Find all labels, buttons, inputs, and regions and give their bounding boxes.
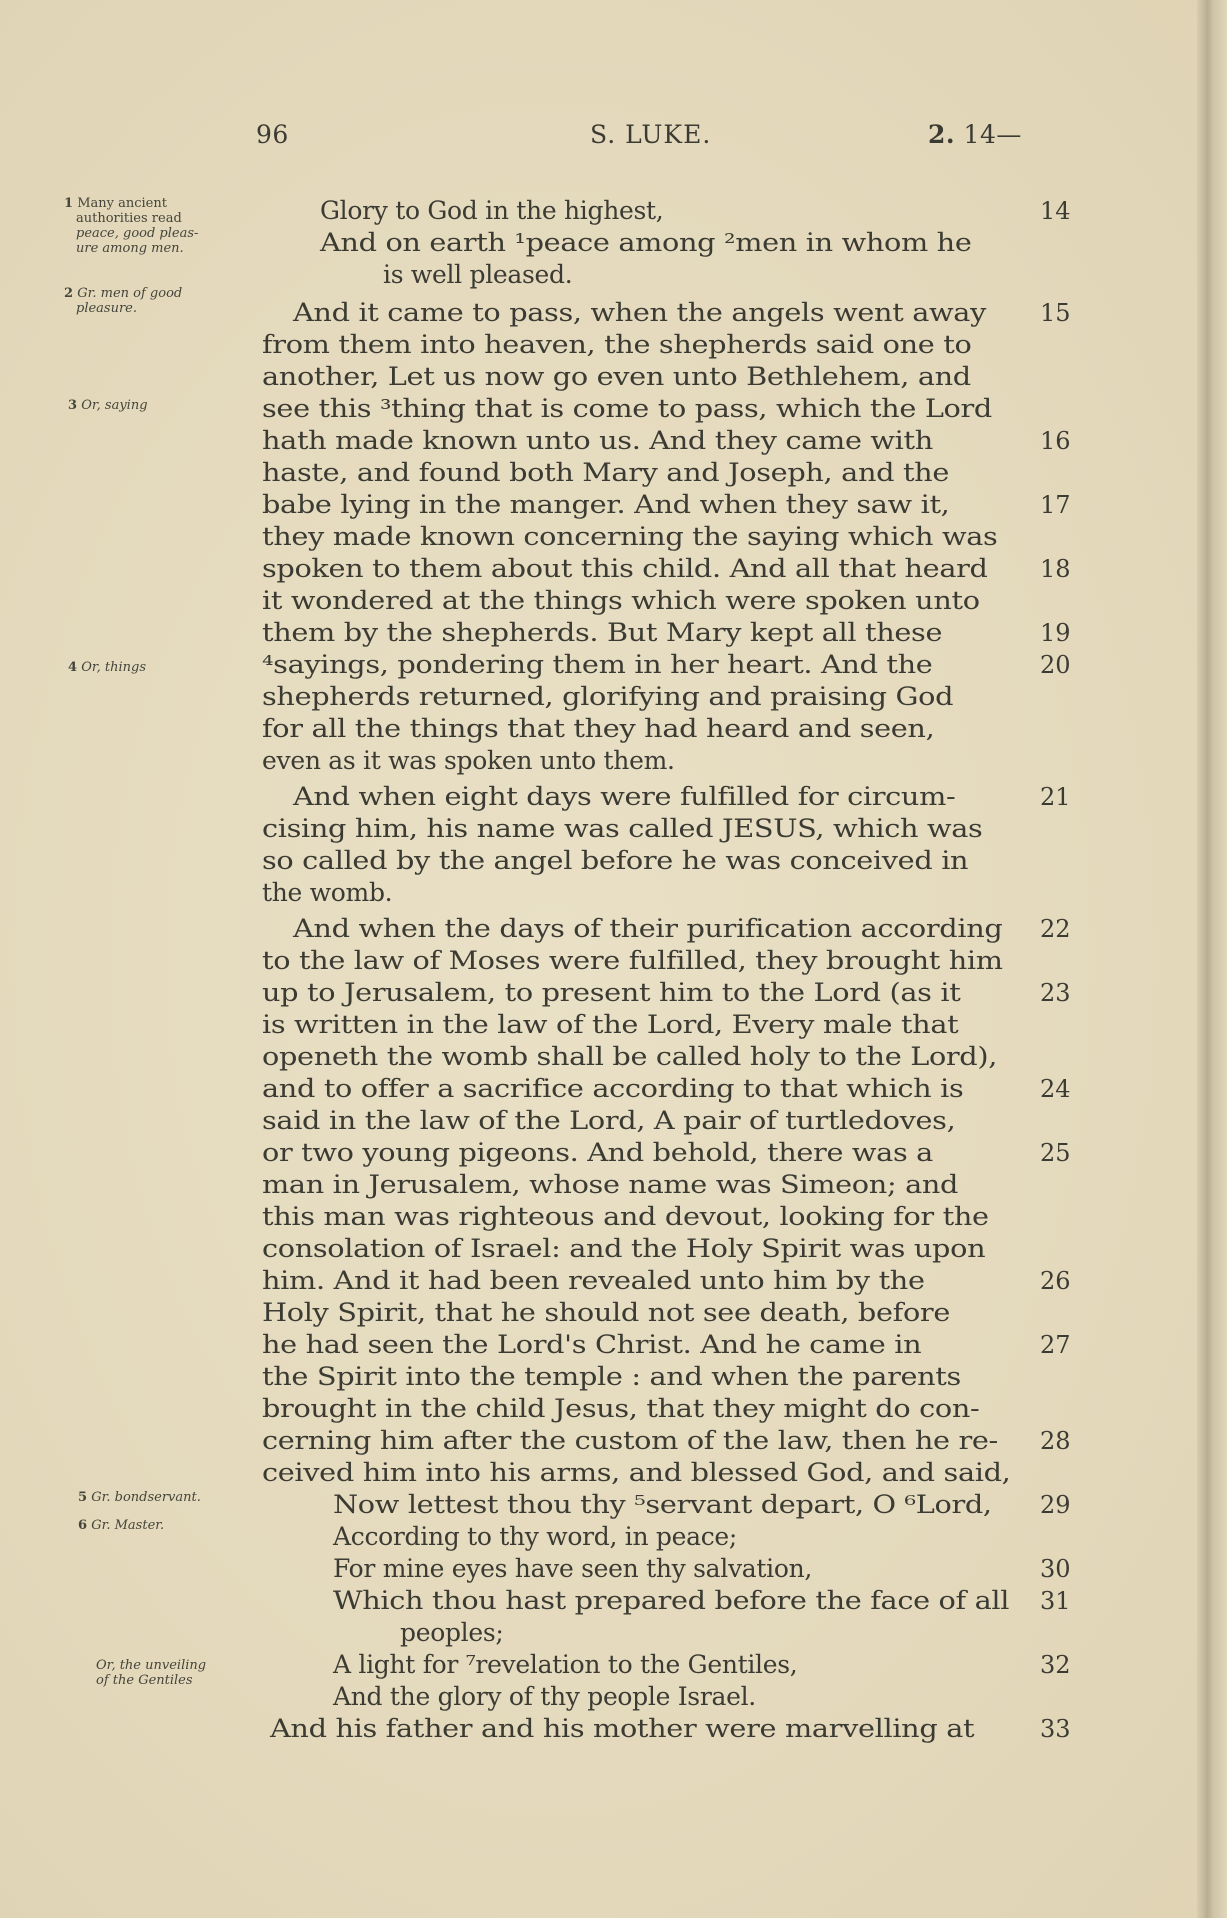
margin-note-3: 3 Or, saying	[68, 398, 148, 413]
note-marker: 3	[68, 398, 77, 413]
text-line: or two young pigeons. And behold, there …	[262, 1138, 933, 1168]
verse-number: 32	[1040, 1650, 1071, 1680]
text-line: And his father and his mother were marve…	[270, 1714, 974, 1744]
text-line: brought in the child Jesus, that they mi…	[262, 1394, 979, 1424]
verse-number: 31	[1040, 1586, 1071, 1616]
text-line: is written in the law of the Lord, Every…	[262, 1010, 958, 1040]
text-line: ceived him into his arms, and blessed Go…	[262, 1458, 1010, 1488]
text-line: Holy Spirit, that he should not see deat…	[262, 1298, 950, 1328]
verse-number: 19	[1040, 618, 1071, 648]
margin-note-1: 1 Many ancient authorities read peace, g…	[64, 196, 198, 256]
text-line: Now lettest thou thy ⁵servant depart, O …	[333, 1490, 992, 1520]
note-marker: 4	[68, 660, 77, 675]
note-text: Or, the unveiling	[96, 1658, 206, 1673]
text-line: ⁴sayings, pondering them in her heart. A…	[262, 650, 932, 680]
text-line: this man was righteous and devout, looki…	[262, 1202, 989, 1232]
text-line: Glory to God in the highest,	[320, 196, 663, 226]
text-line: Which thou hast prepared before the face…	[333, 1586, 1009, 1616]
verse-number: 15	[1040, 298, 1071, 328]
note-text: Many ancient	[77, 196, 167, 211]
text-line: for all the things that they had heard a…	[262, 714, 934, 744]
verse-number: 33	[1040, 1714, 1071, 1744]
text-line: And it came to pass, when the angels wen…	[293, 298, 986, 328]
note-text: Or, things	[81, 660, 146, 675]
verse-number: 20	[1040, 650, 1071, 680]
text-line: cerning him after the custom of the law,…	[262, 1426, 998, 1456]
text-line: babe lying in the manger. And when they …	[262, 490, 949, 520]
margin-note-7: Or, the unveiling of the Gentiles	[96, 1658, 206, 1688]
text-line: is well pleased.	[383, 260, 572, 290]
text-line: they made known concerning the saying wh…	[262, 522, 997, 552]
note-text: peace, good pleas-	[76, 226, 198, 241]
text-line: hath made known unto us. And they came w…	[262, 426, 933, 456]
text-line: said in the law of the Lord, A pair of t…	[262, 1106, 955, 1136]
verse-number: 17	[1040, 490, 1071, 520]
text-line: And on earth ¹peace among ²men in whom h…	[320, 228, 972, 258]
note-text: Gr. bondservant.	[91, 1490, 201, 1505]
text-line: For mine eyes have seen thy salvation,	[333, 1554, 812, 1584]
text-line: And when the days of their purification …	[293, 914, 1002, 944]
note-text: Gr. men of good	[77, 286, 182, 301]
note-marker: 5	[78, 1490, 87, 1505]
starting-verse: 14—	[955, 120, 1022, 149]
verse-number: 28	[1040, 1426, 1071, 1456]
verse-number: 18	[1040, 554, 1071, 584]
verse-number: 23	[1040, 978, 1071, 1008]
note-marker: 2	[64, 286, 73, 301]
text-line: so called by the angel before he was con…	[262, 846, 968, 876]
text-line: them by the shepherds. But Mary kept all…	[262, 618, 942, 648]
note-marker: 1	[64, 196, 73, 211]
margin-note-6: 6 Gr. Master.	[78, 1518, 164, 1533]
text-line: cising him, his name was called JESUS, w…	[262, 814, 982, 844]
text-line: the womb.	[262, 878, 392, 908]
text-line: he had seen the Lord's Christ. And he ca…	[262, 1330, 921, 1360]
text-line: haste, and found both Mary and Joseph, a…	[262, 458, 949, 488]
chapter-number: 2.	[928, 120, 955, 149]
text-line: man in Jerusalem, whose name was Simeon;…	[262, 1170, 958, 1200]
text-line: consolation of Israel: and the Holy Spir…	[262, 1234, 985, 1264]
text-line: see this ³thing that is come to pass, wh…	[262, 394, 992, 424]
text-line: openeth the womb shall be called holy to…	[262, 1042, 997, 1072]
verse-number: 30	[1040, 1554, 1071, 1584]
margin-note-4: 4 Or, things	[68, 660, 146, 675]
text-line: it wondered at the things which were spo…	[262, 586, 980, 616]
text-line: A light for ⁷revelation to the Gentiles,	[333, 1650, 797, 1680]
margin-note-2: 2 Gr. men of good pleasure.	[64, 286, 182, 316]
page-number: 96	[256, 120, 289, 149]
verse-number: 27	[1040, 1330, 1071, 1360]
verse-number: 25	[1040, 1138, 1071, 1168]
text-line: even as it was spoken unto them.	[262, 746, 675, 776]
text-line: from them into heaven, the shepherds sai…	[262, 330, 971, 360]
text-line: another, Let us now go even unto Bethleh…	[262, 362, 971, 392]
text-line: to the law of Moses were fulfilled, they…	[262, 946, 1003, 976]
verse-number: 26	[1040, 1266, 1071, 1296]
note-text: Or, saying	[81, 398, 147, 413]
note-text: of the Gentiles	[96, 1673, 193, 1688]
text-line: him. And it had been revealed unto him b…	[262, 1266, 925, 1296]
note-text: ure among men.	[76, 241, 184, 256]
note-text: Gr. Master.	[91, 1518, 164, 1533]
running-title: S. LUKE.	[590, 120, 711, 149]
note-text: authorities read	[76, 211, 182, 226]
text-line: and to offer a sacrifice according to th…	[262, 1074, 963, 1104]
verse-number: 14	[1040, 196, 1071, 226]
text-line: And the glory of thy people Israel.	[333, 1682, 756, 1712]
text-line: And when eight days were fulfilled for c…	[293, 782, 955, 812]
text-line: shepherds returned, glorifying and prais…	[262, 682, 953, 712]
text-line: According to thy word, in peace;	[333, 1522, 737, 1552]
verse-number: 22	[1040, 914, 1071, 944]
verse-number: 21	[1040, 782, 1071, 812]
text-line: spoken to them about this child. And all…	[262, 554, 988, 584]
note-text: pleasure.	[76, 301, 137, 316]
text-line: peoples;	[400, 1618, 504, 1648]
chapter-verse-reference: 2. 14—	[928, 120, 1022, 149]
text-line: up to Jerusalem, to present him to the L…	[262, 978, 960, 1008]
page-binding-edge	[1197, 0, 1227, 1918]
verse-number: 29	[1040, 1490, 1071, 1520]
note-marker: 6	[78, 1518, 87, 1533]
verse-number: 16	[1040, 426, 1071, 456]
margin-note-5: 5 Gr. bondservant.	[78, 1490, 201, 1505]
verse-number: 24	[1040, 1074, 1071, 1104]
text-line: the Spirit into the temple : and when th…	[262, 1362, 961, 1392]
